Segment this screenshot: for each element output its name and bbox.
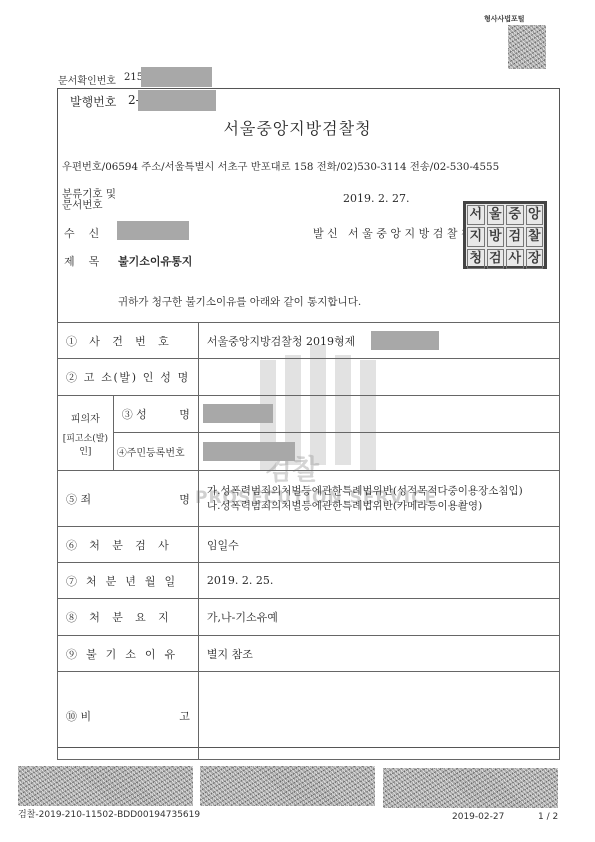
resident-number-redaction: [203, 442, 295, 461]
recipient-label: 수 신: [64, 225, 99, 241]
intro-text: 귀하가 청구한 불기소이유를 아래와 같이 통지합니다.: [118, 294, 361, 309]
case-number-redaction: [371, 331, 439, 350]
office-title: 서울중앙지방검찰청: [0, 116, 595, 139]
remarks-label-a: ⑩ 비: [66, 708, 91, 724]
resident-number-value: [198, 433, 559, 471]
seal-char: 장: [526, 249, 544, 269]
notice-form-table: ① 사 건 번 호 서울중앙지방검찰청 2019형제 ② 고 소(발) 인 성 …: [57, 322, 560, 760]
subject-value: 불기소이유통지: [118, 253, 192, 269]
footer-date: 2019-02-27: [452, 812, 504, 822]
resident-number-label: ④주민등록번호: [113, 433, 198, 471]
seal-char: 검: [506, 227, 524, 247]
reason-value: 별지 참조: [198, 636, 559, 672]
address-line: 우편번호/06594 주소/서울특별시 서초구 반포대로 158 전화/02)5…: [62, 158, 499, 173]
name-redaction: [203, 404, 273, 423]
row-suspect-name: 피의자 [피고소(발)인] ③ 성명: [58, 396, 560, 433]
document-date: 2019. 2. 27.: [343, 192, 409, 205]
row-remarks: ⑩ 비고: [58, 672, 560, 760]
seal-char: 울: [487, 205, 505, 225]
issue-no-label: 발행번호: [70, 93, 116, 110]
seal-char: 중: [506, 205, 524, 225]
suspect-line1: 피의자: [60, 410, 111, 425]
charges-label-b: 명: [179, 491, 190, 507]
disposition-summary-label: ⑧ 처 분 요 지: [58, 599, 199, 636]
doc-confirm-label: 문서확인번호: [58, 72, 116, 87]
seal-char: 지: [467, 227, 485, 247]
issue-no-redaction: [138, 90, 216, 111]
name-label-b: 명: [179, 406, 190, 422]
remarks-label: ⑩ 비고: [58, 672, 199, 760]
seal-char: 청: [467, 249, 485, 269]
sender-label: 발 신: [313, 225, 338, 241]
footer-barcode-2: [200, 766, 375, 806]
doc-confirm-redaction: [141, 67, 212, 87]
row-reason: ⑨ 불 기 소 이 유 별지 참조: [58, 636, 560, 672]
case-number-prefix: 서울중앙지방검찰청 2019형제: [207, 335, 355, 348]
row-complainant: ② 고 소(발) 인 성 명: [58, 359, 560, 396]
case-number-value: 서울중앙지방검찰청 2019형제: [198, 323, 559, 359]
disposition-summary-value: 가,나-기소유예: [198, 599, 559, 636]
row-disposition-summary: ⑧ 처 분 요 지 가,나-기소유예: [58, 599, 560, 636]
footer-doc-code: 검찰-2019-210-11502-BDD00194735619: [18, 807, 200, 820]
name-value: [198, 396, 559, 433]
seal-char: 찰: [526, 227, 544, 247]
suspect-line2: [피고소(발)인]: [60, 431, 111, 457]
footer-barcode-3: [383, 768, 558, 808]
sender-value: 서 울 중 앙 지 방 검 찰 청: [348, 225, 472, 241]
disposition-date-label: ⑦ 처 분 년 월 일: [58, 563, 199, 599]
top-qr-label: 형사사법포털: [484, 14, 525, 24]
charge-item-a: 가.성폭력범죄의처벌등에관한특례법위반(성적목적다중이용장소침입): [207, 484, 556, 499]
row-prosecutor: ⑥ 처 분 검 사 임일수: [58, 527, 560, 563]
footer-barcode-1: [18, 766, 193, 806]
row-case-number: ① 사 건 번 호 서울중앙지방검찰청 2019형제: [58, 323, 560, 359]
row-resident-number: ④주민등록번호: [58, 433, 560, 471]
row-disposition-date: ⑦ 처 분 년 월 일 2019. 2. 25.: [58, 563, 560, 599]
case-number-label: ① 사 건 번 호: [58, 323, 199, 359]
classification-label-2: 문서번호: [62, 197, 103, 212]
subject-label: 제 목: [64, 253, 99, 269]
reason-label: ⑨ 불 기 소 이 유: [58, 636, 199, 672]
name-label-a: ③ 성: [122, 406, 147, 422]
remarks-label-b: 고: [179, 708, 190, 724]
prosecutor-value: 임일수: [198, 527, 559, 563]
seal-char: 검: [487, 249, 505, 269]
complainant-label: ② 고 소(발) 인 성 명: [58, 359, 199, 396]
top-qr-code: [508, 25, 546, 69]
suspect-group-label: 피의자 [피고소(발)인]: [58, 396, 114, 471]
prosecutor-label: ⑥ 처 분 검 사: [58, 527, 199, 563]
row-charges: ⑤ 죄명 가.성폭력범죄의처벌등에관한특례법위반(성적목적다중이용장소침입) 나…: [58, 471, 560, 527]
complainant-value: [198, 359, 559, 396]
seal-char: 방: [487, 227, 505, 247]
disposition-date-value: 2019. 2. 25.: [198, 563, 559, 599]
charges-label: ⑤ 죄명: [58, 471, 199, 527]
official-seal: 서울중앙지방검찰청검사장: [463, 201, 547, 269]
remarks-value: [198, 672, 559, 760]
name-label: ③ 성명: [113, 396, 198, 433]
recipient-redaction: [117, 221, 189, 240]
footer-page: 1 / 2: [538, 812, 558, 822]
charge-item-b: 나.성폭력범죄의처벌등에관한특례법위반(카메라등이용촬영): [207, 499, 556, 514]
charges-label-a: ⑤ 죄: [66, 491, 91, 507]
seal-char: 서: [467, 205, 485, 225]
seal-char: 사: [506, 249, 524, 269]
charges-value: 가.성폭력범죄의처벌등에관한특례법위반(성적목적다중이용장소침입) 나.성폭력범…: [198, 471, 559, 527]
seal-char: 앙: [526, 205, 544, 225]
